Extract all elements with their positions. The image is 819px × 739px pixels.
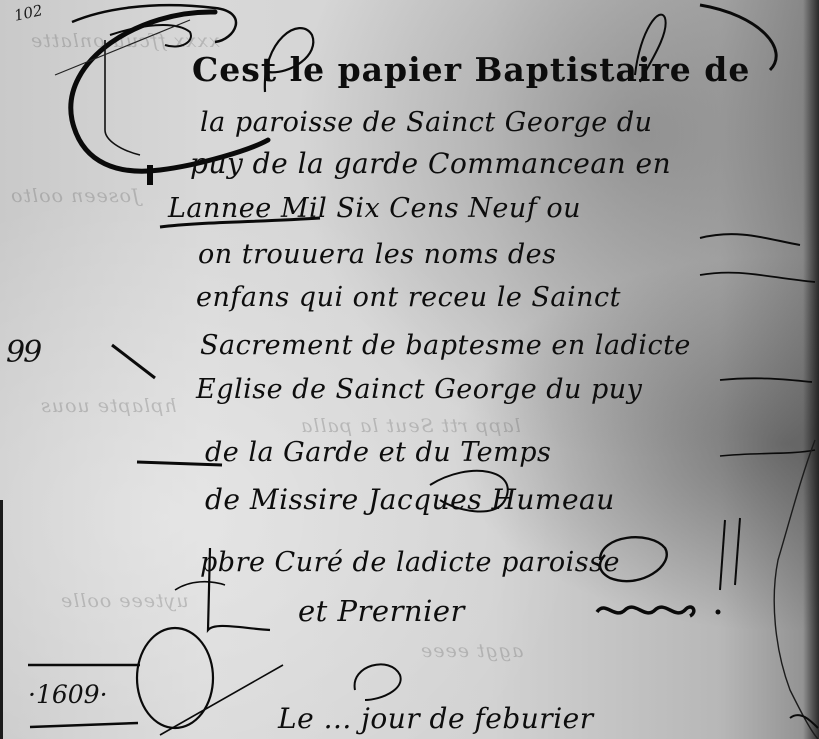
text-line: enfans qui ont receu le Sainct — [196, 282, 621, 313]
register-title-line: Cest le papier Baptistaire de — [192, 50, 750, 89]
manuscript-page: xxxx ffcuu onlatte Joseen oolto hplapte … — [0, 0, 819, 739]
text-line: la paroisse de Sainct George du — [200, 107, 653, 138]
text-line: Sacrement de baptesme en ladicte — [200, 330, 691, 361]
text-line: et Prernier — [298, 594, 465, 628]
text-line: Lannee Mil Six Cens Neuf ou — [168, 193, 581, 224]
year-marker: ·1609· — [28, 680, 108, 709]
text-line: Le ... jour de feburier — [278, 702, 594, 735]
text-line: de la Garde et du Temps — [205, 437, 551, 468]
text-line: on trouuera les noms des — [198, 239, 556, 270]
margin-note: 99 — [6, 335, 40, 370]
text-line: pbre Curé de ladicte paroisse — [200, 547, 620, 578]
wave-scroll-flourish — [597, 607, 694, 616]
text-line: puy de la garde Commancean en — [190, 147, 671, 180]
text-line: Eglise de Sainct George du puy — [196, 374, 642, 405]
text-line: de Missire Jacques Humeau — [205, 483, 615, 516]
